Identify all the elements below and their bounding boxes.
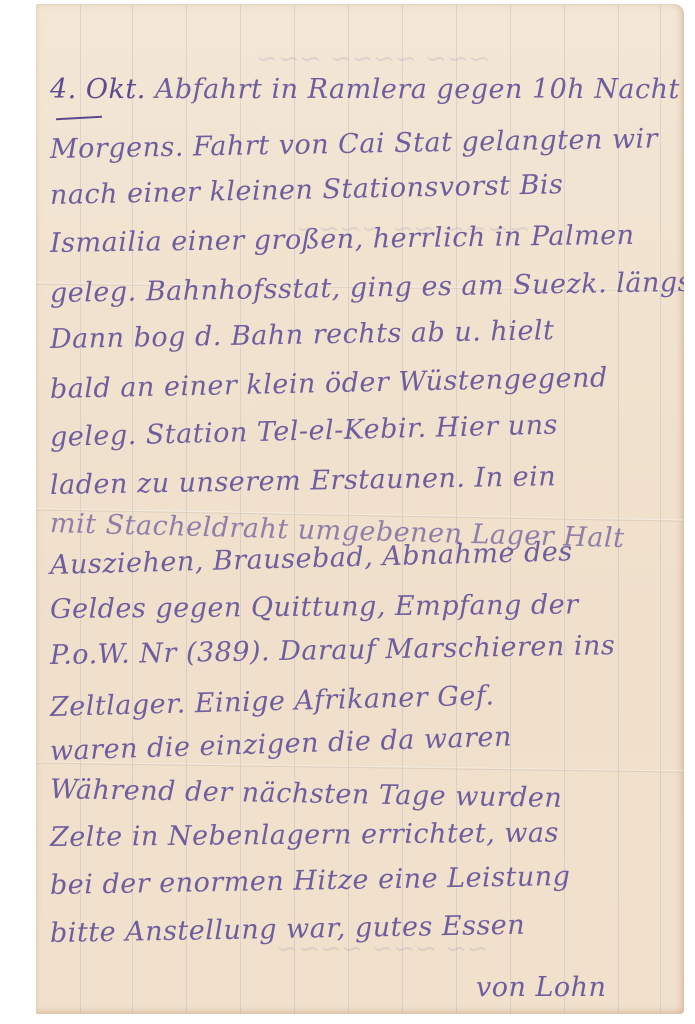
- line-text: von Lohn: [476, 972, 606, 1003]
- handwritten-line: geleg. Station Tel-el-Kebir. Hier uns: [50, 410, 559, 453]
- line-text: Abfahrt in Ramlera gegen 10h Nacht: [155, 74, 680, 105]
- handwritten-line: Ausziehen, Brausebad, Abnahme des: [50, 536, 573, 581]
- handwritten-line: Dann bog d. Bahn rechts ab u. hielt: [50, 315, 555, 355]
- line-text: Dann bog d. Bahn rechts ab u. hielt: [50, 315, 555, 355]
- handwritten-line: geleg. Bahnhofsstat, ging es am Suezk. l…: [50, 267, 684, 309]
- date-underline: [56, 116, 102, 120]
- handwritten-line: nach einer kleinen Stationsvorst Bis: [50, 169, 564, 211]
- handwritten-line: Geldes gegen Quittung, Empfang der: [50, 589, 579, 625]
- handwritten-line: Morgens. Fahrt von Cai Stat gelangten wi…: [50, 123, 659, 165]
- handwritten-line: Ismailia einer großen, herrlich in Palme…: [50, 220, 635, 259]
- line-text: waren die einzigen die da waren: [50, 721, 513, 766]
- handwritten-line: laden zu unserem Erstaunen. In ein: [50, 461, 557, 501]
- handwritten-line: Zeltlager. Einige Afrikaner Gef.: [50, 680, 495, 723]
- entry-date: 4. Okt.: [50, 74, 146, 105]
- line-text: Morgens. Fahrt von Cai Stat gelangten wi…: [50, 123, 659, 165]
- line-text: laden zu unserem Erstaunen. In ein: [50, 461, 557, 501]
- handwritten-line: P.o.W. Nr (389). Darauf Marschieren ins: [50, 630, 616, 671]
- line-text: Geldes gegen Quittung, Empfang der: [50, 589, 579, 625]
- line-text: P.o.W. Nr (389). Darauf Marschieren ins: [50, 630, 616, 671]
- handwritten-line: bald an einer klein öder Wüstengegend: [50, 362, 608, 405]
- handwritten-line: Zelte in Nebenlagern errichtet, was: [50, 818, 559, 853]
- handwritten-line: waren die einzigen die da waren: [50, 721, 513, 766]
- line-text: Ausziehen, Brausebad, Abnahme des: [50, 536, 573, 581]
- line-text: nach einer kleinen Stationsvorst Bis: [50, 169, 564, 211]
- ruling-line: [618, 4, 619, 1014]
- handwritten-line: von Lohn: [476, 972, 606, 1003]
- line-text: bei der enormen Hitze eine Leistung: [50, 861, 571, 901]
- line-text: geleg. Station Tel-el-Kebir. Hier uns: [50, 410, 559, 453]
- line-text: bald an einer klein öder Wüstengegend: [50, 362, 608, 405]
- line-text: Während der nächsten Tage wurden: [50, 774, 563, 814]
- ruling-line: [660, 4, 661, 1014]
- handwritten-line: Während der nächsten Tage wurden: [50, 774, 563, 814]
- line-text: Zeltlager. Einige Afrikaner Gef.: [50, 680, 495, 723]
- handwritten-line: 4. Okt. Abfahrt in Ramlera gegen 10h Nac…: [50, 74, 680, 105]
- line-text: Ismailia einer großen, herrlich in Palme…: [50, 220, 635, 259]
- bleed-through-text: ~~~ ~~~~ ~~~: [256, 44, 490, 74]
- line-text: geleg. Bahnhofsstat, ging es am Suezk. l…: [50, 267, 684, 309]
- line-text: Zelte in Nebenlagern errichtet, was: [50, 818, 559, 853]
- letter-page: ~~~ ~~~~ ~~~ ~~~~ ~~ ~~~~ ~~ ~~~ ~~~~ 4.…: [36, 4, 684, 1014]
- handwritten-line: bei der enormen Hitze eine Leistung: [50, 861, 571, 901]
